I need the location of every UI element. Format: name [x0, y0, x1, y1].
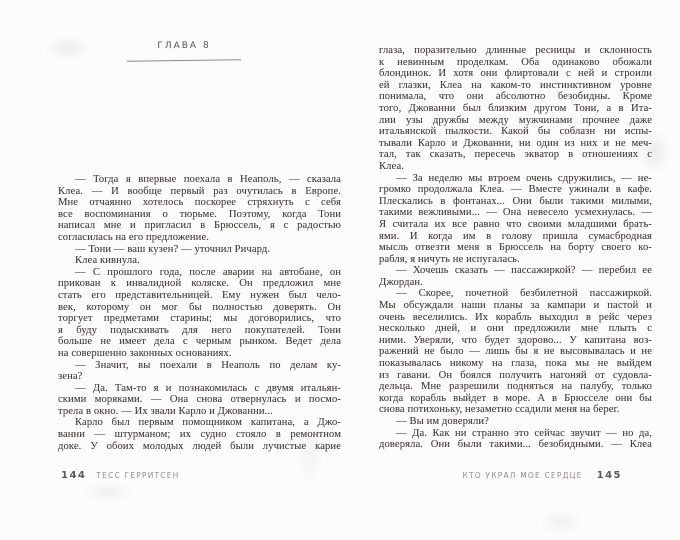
- text-line: — Значит, вы поехали в Неаполь по делам …: [58, 360, 341, 372]
- text-line: — С прошлого года, после аварии на автоб…: [58, 267, 341, 279]
- text-line: глаза, поразительно длинные ресницы и ск…: [379, 45, 652, 57]
- text-line: Клеа.: [379, 161, 652, 173]
- page-number: 145: [597, 470, 622, 481]
- left-page-text: — Тогда я впервые поехала в Неаполь, — с…: [58, 174, 341, 452]
- text-line: рабля, я ничуть не испугалась.: [379, 254, 652, 266]
- text-line: Клеа кивнула.: [58, 255, 341, 267]
- text-line: очень веселились. Их корабль выходил в р…: [379, 312, 652, 324]
- text-line: я буду подыскивать для него покупателей.…: [58, 325, 341, 337]
- right-page: глаза, поразительно длинные ресницы и ск…: [340, 0, 680, 540]
- text-line: скими моряками. — Она снова отвернулась …: [58, 394, 341, 406]
- text-line: тал, так сказать, пересечь экватор в отн…: [379, 149, 652, 161]
- text-line: все воспоминания о тюрьме. Поэтому, когд…: [58, 209, 341, 221]
- text-line: — Тони — ваш кузен? — уточнил Ричард.: [58, 244, 341, 256]
- text-line: дельца. Мне разрешили подняться на палуб…: [379, 381, 652, 393]
- text-line: — За неделю мы втроем очень сдружились, …: [379, 173, 652, 185]
- text-line: на совершенно законных основаниях.: [58, 348, 341, 360]
- left-page: ГЛАВА 8 — Тогда я впервые поехала в Неап…: [0, 0, 340, 540]
- text-line: — Вы им доверяли?: [379, 416, 652, 428]
- text-line: Мне отчаянно хотелось поскорее стряхнуть…: [58, 197, 341, 209]
- text-line: — Да. Как ни странно это сейчас звучит —…: [379, 428, 652, 440]
- text-line: такими вежливыми... — Она невесело усмех…: [379, 207, 652, 219]
- text-line: — Скорее, почетной безбилетной пассажирк…: [379, 288, 652, 300]
- text-line: когда корабль выйдет в море. А в Брюссел…: [379, 393, 652, 405]
- text-line: стать его представительницей. Ему нужен …: [58, 290, 341, 302]
- text-line: Мы обсуждали наши планы за кампари и пас…: [379, 300, 652, 312]
- text-line: громко продолжала Клеа. — Вместе ужинали…: [379, 184, 652, 196]
- text-line: мысль отвезти меня в Брюссель на борту с…: [379, 242, 652, 254]
- text-line: зена?: [58, 371, 341, 383]
- text-line: больше не имеет дела с черным рынком. Ве…: [58, 336, 341, 348]
- text-line: Джордан.: [379, 277, 652, 289]
- text-line: ражений не было — лишь бы я не высовывал…: [379, 346, 652, 358]
- running-title-author: ТЕСС ГЕРРИТСЕН: [96, 471, 179, 480]
- text-line: век, которому он мог бы полностью доверя…: [58, 302, 341, 314]
- text-line: доверяла. Они были такими... безобидными…: [379, 439, 652, 451]
- text-line: Клеа. — И вообще первый раз очутилась в …: [58, 186, 341, 198]
- text-line: Плескались в фонтанах... Они были такими…: [379, 196, 652, 208]
- text-line: понимала, что они абсолютно безобидны. К…: [379, 91, 652, 103]
- book-spread: ГЛАВА 8 — Тогда я впервые поехала в Неап…: [0, 0, 680, 540]
- text-line: несколько дней, и они предложили мне плы…: [379, 323, 652, 335]
- text-line: — Да. Там-то я и познакомилась с двумя и…: [58, 383, 341, 395]
- chapter-heading-label: ГЛАВА 8: [157, 41, 210, 51]
- text-line: ванни — штурманом; их судно стояло в рем…: [58, 429, 341, 441]
- text-line: ей глазки, Клеа на каком-то инстинктивно…: [379, 80, 652, 92]
- right-page-text: глаза, поразительно длинные ресницы и ск…: [379, 45, 652, 451]
- text-line: написал мне и пригласил в Брюссель, я с …: [58, 220, 341, 232]
- text-line: того, Джованни был близким другом Тони, …: [379, 103, 652, 115]
- text-line: к невинным проделкам. Оба одинаково обож…: [379, 57, 652, 69]
- text-line: торгует предметами старины; мы договорил…: [58, 313, 341, 325]
- text-line: Карло был первым помощником капитана, а …: [58, 417, 341, 429]
- text-line: показывалась никому на глаза, пока мы не…: [379, 358, 652, 370]
- text-line: снова потихоньку, незаметно ссадили меня…: [379, 404, 652, 416]
- text-line: ними. Уверяли, что будет здорово... У ка…: [379, 335, 652, 347]
- text-line: блондинок. И хотя они флиртовали с ней и…: [379, 68, 652, 80]
- text-line: — Тогда я впервые поехала в Неаполь, — с…: [58, 174, 341, 186]
- text-line: из гавани. Он боялся получить нагоняй от…: [379, 370, 652, 382]
- chapter-heading: ГЛАВА 8: [127, 41, 241, 52]
- running-title-book: КТО УКРАЛ МОЕ СЕРДЦЕ: [462, 471, 582, 480]
- text-line: лии узы дружбы между мужчинами прочнее д…: [379, 115, 652, 127]
- text-line: — Хочешь сказать — пассажиркой? — переби…: [379, 265, 652, 277]
- text-line: согласилась на его предложение.: [58, 232, 341, 244]
- text-line: доке. У обоих молодых людей были лучисты…: [58, 441, 341, 453]
- text-line: Я считала их все равно что своими младши…: [379, 219, 652, 231]
- text-line: итальянской пылкости. Какой бы соблазн н…: [379, 126, 652, 138]
- text-line: тывали Карло и Джованни, ни один из них …: [379, 138, 652, 150]
- chapter-rule: [127, 59, 241, 62]
- text-line: прикован к инвалидной коляске. Он предло…: [58, 278, 341, 290]
- left-page-footer: 144 ТЕСС ГЕРРИТСЕН: [61, 470, 180, 481]
- text-line: трела в окно. — Их звали Карло и Джованн…: [58, 406, 341, 418]
- right-page-footer: КТО УКРАЛ МОЕ СЕРДЦЕ 145: [462, 470, 622, 481]
- text-line: ями. И когда им в голову пришла сумасбро…: [379, 231, 652, 243]
- page-number: 144: [61, 470, 86, 481]
